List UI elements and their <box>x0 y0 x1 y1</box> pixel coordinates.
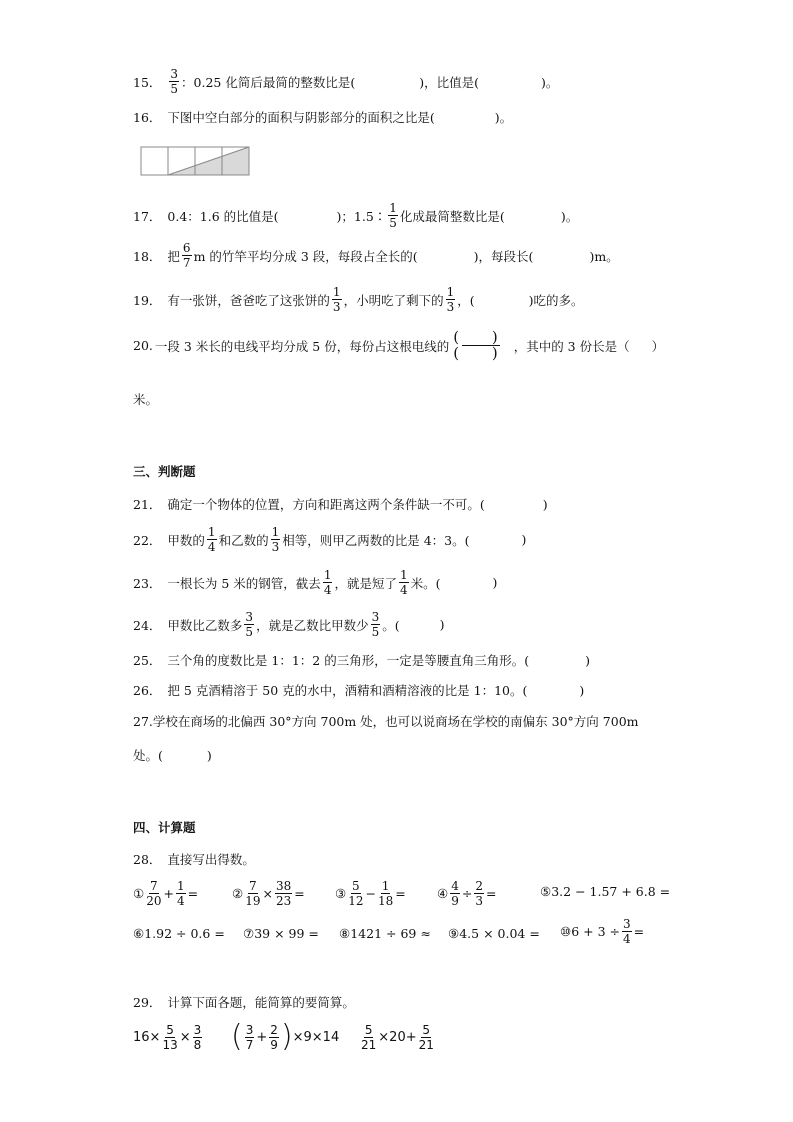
equals-sign: = <box>188 886 198 901</box>
denominator: 5 <box>389 216 397 229</box>
simplify-expression-3: 521 ×20+ 521 <box>359 1024 436 1051</box>
question-text: ） <box>652 337 665 355</box>
question-text: 一根长为 5 米的钢管，截去 <box>167 574 320 592</box>
question-15: 15． 35 ：0.25 化简后最简的整数比是( )，比值是( )。 <box>133 68 558 95</box>
question-text: )。 <box>561 207 578 225</box>
calc-item-10: ⑩ 6 + 3 ÷ 34 = <box>560 918 644 945</box>
numerator: 6 <box>182 242 192 256</box>
question-text: 确定一个物体的位置，方向和距离这两个条件缺一不可。( <box>167 495 484 513</box>
question-text: 和乙数的 <box>219 531 269 549</box>
question-text: 把 <box>167 247 180 265</box>
question-number: 17． <box>133 207 161 225</box>
question-26: 26． 把 5 克酒精溶于 50 克的水中，酒精和酒精溶液的比是 1：10。( … <box>133 681 584 699</box>
fraction: 35 <box>371 611 381 638</box>
fraction: 719 <box>245 880 260 907</box>
numerator: 1 <box>381 880 391 894</box>
question-text: 。( <box>382 616 399 634</box>
question-text: )；1.5∶ <box>337 207 387 225</box>
fraction: 14 <box>399 569 409 596</box>
numerator: 7 <box>248 880 258 894</box>
circled-number: ④ <box>437 886 448 901</box>
fraction: 14 <box>207 526 217 553</box>
rectangle-shading-figure <box>140 146 252 178</box>
denominator: 20 <box>146 894 161 907</box>
expression: 1421 ÷ 69 ≈ <box>350 926 431 941</box>
circled-number: ⑨ <box>448 926 459 941</box>
denominator: 4 <box>623 932 631 945</box>
fraction: 13 <box>332 286 342 313</box>
expression: ×9×14 <box>293 1030 340 1045</box>
operator: − <box>366 886 376 901</box>
question-text: ) <box>207 748 212 763</box>
numerator: 1 <box>176 880 186 894</box>
question-27-continued: 处。( ) <box>133 746 212 764</box>
denominator: 7 <box>246 1038 254 1051</box>
question-number: 19． <box>133 291 161 309</box>
fraction: 521 <box>419 1024 434 1051</box>
empty-fraction-answer[interactable]: ( ) ( ) <box>451 330 511 361</box>
calc-item-4: ④ 49 ÷ 23 = <box>437 880 496 907</box>
question-number: 21． <box>133 495 161 513</box>
denominator-blank[interactable]: ( ) <box>451 346 511 361</box>
question-text: ：0.25 化简后最简的整数比是( <box>181 73 355 91</box>
question-text: 计算下面各题，能简算的要简算。 <box>167 993 355 1011</box>
question-text: 一段 3 米长的电线平均分成 5 份，每份占这根电线的 <box>155 337 449 355</box>
fraction: 37 <box>245 1024 255 1051</box>
numerator: 1 <box>446 286 456 300</box>
numerator: 1 <box>332 286 342 300</box>
question-text: 米。( <box>411 574 441 592</box>
question-text: ，就是乙数比甲数少 <box>256 616 369 634</box>
fraction: 29 <box>269 1024 279 1051</box>
calc-item-5: ⑤ 3.2 − 1.57 + 6.8 = <box>540 884 670 899</box>
denominator: 23 <box>276 894 291 907</box>
equals-sign: = <box>294 886 304 901</box>
operator: ÷ <box>462 886 472 901</box>
denominator: 4 <box>400 583 408 596</box>
fraction: 34 <box>622 918 632 945</box>
fraction: 513 <box>162 1024 177 1051</box>
simplify-expression-2: ( 37 + 29 ) ×9×14 <box>231 1022 339 1052</box>
question-text: 有一张饼，爸爸吃了这张饼的 <box>167 291 330 309</box>
question-number: 18． <box>133 247 161 265</box>
question-text: 甲数比乙数多 <box>167 616 242 634</box>
circled-number: ① <box>133 886 144 901</box>
numerator: 5 <box>364 1024 374 1038</box>
equals-sign: = <box>395 886 405 901</box>
numerator: 3 <box>371 611 381 625</box>
denominator: 4 <box>177 894 185 907</box>
question-text: 处。( <box>133 746 163 764</box>
operator: × <box>180 1030 191 1045</box>
question-28: 28． 直接写出得数。 <box>133 850 255 868</box>
operator: × <box>263 886 273 901</box>
question-text: 甲数的 <box>167 531 205 549</box>
circled-number: ⑩ <box>560 924 571 939</box>
question-20-continued: 米。 <box>133 390 158 408</box>
numerator: 2 <box>474 880 484 894</box>
question-number: 24． <box>133 616 161 634</box>
question-text: 化成最简整数比是( <box>400 207 505 225</box>
denominator: 19 <box>245 894 260 907</box>
question-27: 27. 学校在商场的北偏西 30°方向 700m 处，也可以说商场在学校的南偏东… <box>133 712 639 730</box>
denominator: 18 <box>378 894 393 907</box>
denominator: 5 <box>372 625 380 638</box>
equals-sign: = <box>634 924 644 939</box>
expression: ×20+ <box>378 1030 416 1045</box>
question-number: 28． <box>133 850 161 868</box>
fraction: 35 <box>169 68 179 95</box>
question-19: 19． 有一张饼，爸爸吃了这张饼的 13 ，小明吃了剩下的 13 ，( )吃的多… <box>133 286 584 313</box>
question-text: )吃的多。 <box>529 291 584 309</box>
expression: 39 × 99 = <box>254 926 319 941</box>
question-text: ) <box>543 497 548 512</box>
circled-number: ⑤ <box>540 884 551 899</box>
calc-item-8: ⑧ 1421 ÷ 69 ≈ <box>339 926 431 941</box>
denominator: 5 <box>245 625 253 638</box>
fraction: 49 <box>450 880 460 907</box>
question-29: 29． 计算下面各题，能简算的要简算。 <box>133 993 355 1011</box>
equals-sign: = <box>486 886 496 901</box>
question-text: )。 <box>541 73 558 91</box>
numerator: 3 <box>245 1024 255 1038</box>
fraction: 67 <box>182 242 192 269</box>
question-text: )，每段长( <box>474 247 534 265</box>
numerator: 1 <box>388 202 398 216</box>
numerator: 5 <box>421 1024 431 1038</box>
expression: 1.92 ÷ 0.6 = <box>144 926 225 941</box>
numerator: 5 <box>165 1024 175 1038</box>
question-number: 26． <box>133 681 161 699</box>
question-text: ，其中的 3 份长是（ <box>514 337 630 355</box>
numerator: 2 <box>269 1024 279 1038</box>
question-text: ，小明吃了剩下的 <box>344 291 444 309</box>
fraction: 35 <box>244 611 254 638</box>
denominator: 7 <box>183 256 191 269</box>
operator: + <box>256 1030 267 1045</box>
fraction: 38 <box>193 1024 203 1051</box>
question-text: ) <box>493 575 498 590</box>
numerator: 38 <box>275 880 292 894</box>
question-22: 22． 甲数的 14 和乙数的 13 相等，则甲乙两数的比是 4：3。( ) <box>133 526 526 553</box>
question-text: 米。 <box>133 390 158 408</box>
denominator: 3 <box>333 300 341 313</box>
numerator: 7 <box>149 880 159 894</box>
denominator: 8 <box>194 1038 202 1051</box>
question-text: 相等，则甲乙两数的比是 4：3。( <box>282 531 469 549</box>
simplify-expression-1: 16× 513 × 38 <box>133 1024 204 1051</box>
question-23: 23． 一根长为 5 米的钢管，截去 14 ，就是短了 14 米。( ) <box>133 569 497 596</box>
question-number: 23． <box>133 574 161 592</box>
question-text: )。 <box>495 108 512 126</box>
denominator: 3 <box>475 894 483 907</box>
question-number: 22． <box>133 531 161 549</box>
fraction: 118 <box>378 880 393 907</box>
fraction: 13 <box>271 526 281 553</box>
question-number: 29． <box>133 993 161 1011</box>
calc-item-7: ⑦ 39 × 99 = <box>243 926 319 941</box>
question-text: 0.4：1.6 的比值是( <box>167 207 278 225</box>
numerator-blank[interactable]: ( ) <box>451 330 511 345</box>
question-text: )，比值是( <box>419 73 479 91</box>
question-21: 21． 确定一个物体的位置，方向和距离这两个条件缺一不可。( ) <box>133 495 548 513</box>
question-16: 16． 下图中空白部分的面积与阴影部分的面积之比是( )。 <box>133 108 512 126</box>
denominator: 21 <box>361 1038 376 1051</box>
fraction: 15 <box>388 202 398 229</box>
question-text: 直接写出得数。 <box>167 850 255 868</box>
numerator: 5 <box>351 880 361 894</box>
fraction: 521 <box>361 1024 376 1051</box>
question-17: 17． 0.4：1.6 的比值是( )；1.5∶ 15 化成最简整数比是( )。 <box>133 202 578 229</box>
close-paren: ) <box>281 1022 293 1052</box>
calc-item-9: ⑨ 4.5 × 0.04 = <box>448 926 540 941</box>
denominator: 5 <box>170 82 178 95</box>
numerator: 1 <box>271 526 281 540</box>
numerator: 1 <box>207 526 217 540</box>
question-20: 20. 一段 3 米长的电线平均分成 5 份，每份占这根电线的 ( ) ( ) … <box>133 330 664 361</box>
question-text: ) <box>585 653 590 668</box>
section-title-judgment: 三、判断题 <box>133 462 196 480</box>
fraction: 14 <box>323 569 333 596</box>
denominator: 4 <box>324 583 332 596</box>
fraction: 14 <box>176 880 186 907</box>
circled-number: ③ <box>335 886 346 901</box>
question-text: 三个角的度数比是 1：1：2 的三角形，一定是等腰直角三角形。( <box>167 651 529 669</box>
numerator: 4 <box>450 880 460 894</box>
denominator: 21 <box>419 1038 434 1051</box>
question-text: 下图中空白部分的面积与阴影部分的面积之比是( <box>167 108 434 126</box>
question-text: ) <box>440 617 445 632</box>
question-number: 15． <box>133 73 161 91</box>
circled-number: ⑦ <box>243 926 254 941</box>
circled-number: ⑥ <box>133 926 144 941</box>
expression: 3.2 − 1.57 + 6.8 = <box>551 884 670 899</box>
fraction: 3823 <box>275 880 292 907</box>
circled-number: ⑧ <box>339 926 350 941</box>
expression: 6 + 3 ÷ <box>571 924 620 939</box>
question-24: 24． 甲数比乙数多 35 ，就是乙数比甲数少 35 。( ) <box>133 611 445 638</box>
numerator: 3 <box>622 918 632 932</box>
expression: 16× <box>133 1030 160 1045</box>
question-text: ) <box>521 532 526 547</box>
denominator: 12 <box>348 894 363 907</box>
question-number: 16． <box>133 108 161 126</box>
fraction: 512 <box>348 880 363 907</box>
circled-number: ② <box>232 886 243 901</box>
fraction: 23 <box>474 880 484 907</box>
calc-item-1: ① 720 + 14 = <box>133 880 198 907</box>
calc-item-6: ⑥ 1.92 ÷ 0.6 = <box>133 926 225 941</box>
question-number: 25． <box>133 651 161 669</box>
calc-item-2: ② 719 × 3823 = <box>232 880 305 907</box>
denominator: 3 <box>447 300 455 313</box>
denominator: 9 <box>451 894 459 907</box>
open-paren: ( <box>231 1022 243 1052</box>
fraction: 720 <box>146 880 161 907</box>
question-text: 把 5 克酒精溶于 50 克的水中，酒精和酒精溶液的比是 1：10。( <box>167 681 527 699</box>
numerator: 1 <box>399 569 409 583</box>
numerator: 1 <box>323 569 333 583</box>
denominator: 13 <box>162 1038 177 1051</box>
question-text: m 的竹竿平均分成 3 段，每段占全长的( <box>194 247 418 265</box>
question-text: )m。 <box>589 247 618 265</box>
question-text: ，( <box>457 291 474 309</box>
question-25: 25． 三个角的度数比是 1：1：2 的三角形，一定是等腰直角三角形。( ) <box>133 651 590 669</box>
question-number: 27. <box>133 714 153 729</box>
question-text: 学校在商场的北偏西 30°方向 700m 处，也可以说商场在学校的南偏东 30°… <box>153 712 639 730</box>
expression: 4.5 × 0.04 = <box>459 926 540 941</box>
numerator: 3 <box>244 611 254 625</box>
question-text: ) <box>579 683 584 698</box>
numerator: 3 <box>193 1024 203 1038</box>
fraction: 13 <box>446 286 456 313</box>
section-title-calculation: 四、计算题 <box>133 818 196 836</box>
denominator: 4 <box>208 540 216 553</box>
question-18: 18． 把 67 m 的竹竿平均分成 3 段，每段占全长的( )，每段长( )m… <box>133 242 619 269</box>
numerator: 3 <box>169 68 179 82</box>
operator: + <box>164 886 174 901</box>
question-number: 20. <box>133 338 153 353</box>
denominator: 9 <box>270 1038 278 1051</box>
calc-item-3: ③ 512 − 118 = <box>335 880 406 907</box>
denominator: 3 <box>272 540 280 553</box>
question-text: ，就是短了 <box>334 574 397 592</box>
